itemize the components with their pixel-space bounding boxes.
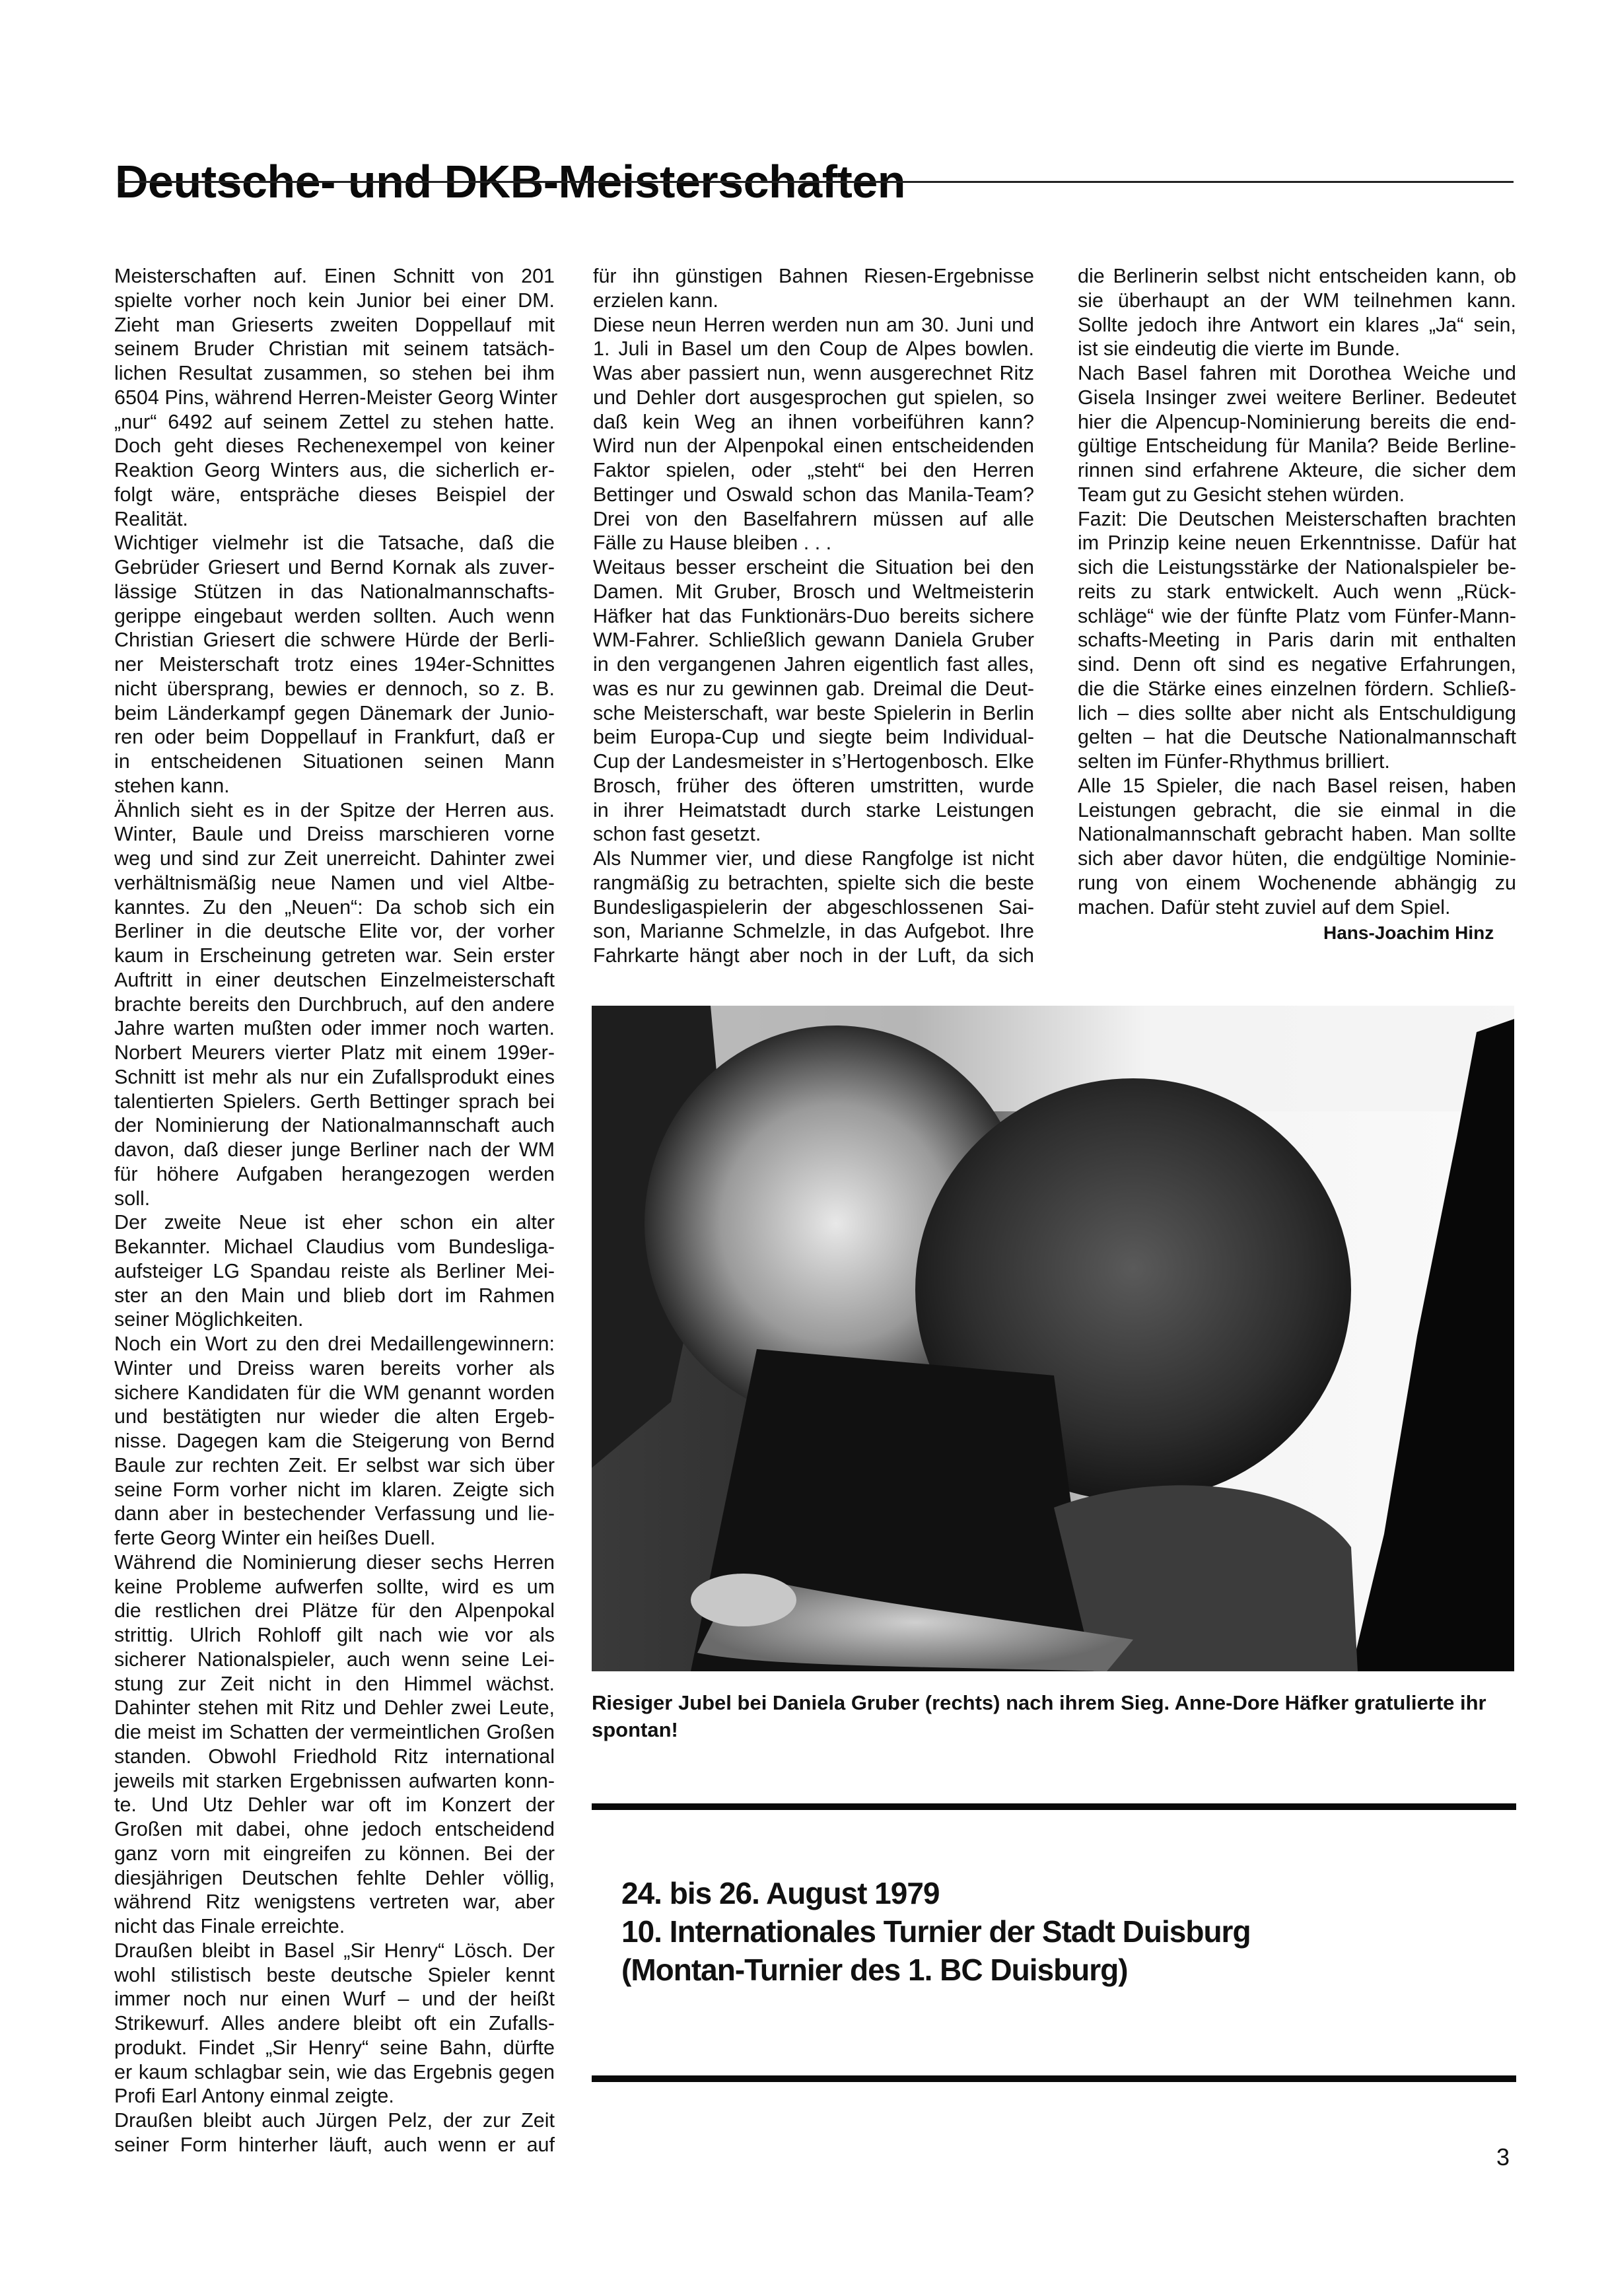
text-line: ster an den Main und blieb dort im Rahme… — [114, 1284, 555, 1308]
text-line: Damen. Mit Gruber, Brosch und Weltmeiste… — [593, 580, 1034, 604]
text-line: schon fast gesetzt. — [593, 822, 1034, 847]
text-line: die restlichen drei Plätze für den Alpen… — [114, 1599, 555, 1623]
text-line: daß kein Weg an ihnen vorbeiführen kann? — [593, 410, 1034, 435]
text-line: seinem Bruder Christian mit seinem tatsä… — [114, 337, 555, 361]
text-line: beim Länderkampf gegen Dänemark der Juni… — [114, 701, 555, 726]
text-line: Diese neun Herren werden nun am 30. Juni… — [593, 313, 1034, 337]
text-line: Während die Nominierung dieser sechs Her… — [114, 1550, 555, 1575]
text-line: schläge“ wie der fünfte Platz vom Fünfer… — [1078, 604, 1516, 629]
text-line: nicht das Finale erreichte. — [114, 1914, 555, 1939]
text-line: Norbert Meurers vierter Platz mit einem … — [114, 1041, 555, 1065]
text-line: er kaum schlagbar sein, wie das Ergebnis… — [114, 2060, 555, 2085]
text-line: keine Probleme aufwerfen sollte, wird es… — [114, 1575, 555, 1599]
photo-icon — [592, 1006, 1514, 1671]
text-line: Doch geht dieses Rechenexempel von keine… — [114, 434, 555, 458]
text-line: reits zu stark entwickelt. Auch wenn „Rü… — [1078, 580, 1516, 604]
text-line: Brosch, früher des öfteren umstritten, w… — [593, 774, 1034, 798]
text-line: Draußen bleibt auch Jürgen Pelz, der zur… — [114, 2108, 555, 2133]
text-line: ist sie eindeutig die vierte im Bunde. — [1078, 337, 1516, 361]
text-line: für ihn günstigen Bahnen Riesen-Ergebnis… — [593, 264, 1034, 289]
text-line: Gebrüder Griesert und Bernd Kornak als z… — [114, 555, 555, 580]
article-column-2: für ihn günstigen Bahnen Riesen-Ergebnis… — [593, 264, 1034, 968]
text-line: „nur“ 6492 auf seinem Zettel zu stehen h… — [114, 410, 555, 435]
text-line: verhältnismäßig neue Namen und viel Altb… — [114, 871, 555, 895]
text-line: weg und sind zur Zeit unerreicht. Dahint… — [114, 847, 555, 871]
text-line: son, Marianne Schmelzle, in das Aufgebot… — [593, 919, 1034, 944]
text-line: Winter, Baule und Dreiss marschieren vor… — [114, 822, 555, 847]
event-title: 10. Internationales Turnier der Stadt Du… — [621, 1912, 1251, 1951]
text-line: Baule zur rechten Zeit. Er selbst war si… — [114, 1453, 555, 1478]
text-line: Faktor spielen, oder „steht“ bei den Her… — [593, 458, 1034, 483]
text-line: Berliner in die deutsche Elite vor, der … — [114, 919, 555, 944]
article-column-3: die Berlinerin selbst nicht entscheiden … — [1078, 264, 1516, 919]
text-line: Der zweite Neue ist eher schon ein alter — [114, 1210, 555, 1235]
text-line: Nationalmannschaft gebracht haben. Man s… — [1078, 822, 1516, 847]
text-line: gerippe eingebaut werden sollten. Auch w… — [114, 604, 555, 629]
photo-caption: Riesiger Jubel bei Daniela Gruber (recht… — [592, 1689, 1516, 1743]
text-line: Winter und Dreiss waren bereits vorher a… — [114, 1356, 555, 1381]
text-line: sichere Kandidaten für die WM genannt wo… — [114, 1381, 555, 1405]
text-line: talentierten Spielers. Gerth Bettinger s… — [114, 1090, 555, 1114]
text-line: beim Europa-Cup und siegte beim Individu… — [593, 725, 1034, 749]
text-line: lich – dies sollte aber nicht als Entsch… — [1078, 701, 1516, 726]
text-line: aufsteiger LG Spandau reiste als Berline… — [114, 1259, 555, 1284]
text-line: rangmäßig zu betrachten, spielte sich di… — [593, 871, 1034, 895]
text-line: 1. Juli in Basel um den Coup de Alpes bo… — [593, 337, 1034, 361]
text-line: Nach Basel fahren mit Dorothea Weiche un… — [1078, 361, 1516, 386]
event-subtitle: (Montan-Turnier des 1. BC Duisburg) — [621, 1951, 1251, 1989]
text-line: für höhere Aufgaben herangezogen werden — [114, 1162, 555, 1187]
text-line: dann aber in bestechender Verfassung und… — [114, 1502, 555, 1526]
text-line: lässige Stützen in das Nationalmannschaf… — [114, 580, 555, 604]
text-line: strittig. Ulrich Rohloff gilt nach wie v… — [114, 1623, 555, 1648]
text-line: 6504 Pins, während Herren-Meister Georg … — [114, 386, 555, 410]
text-line: standen. Obwohl Friedhold Ritz internati… — [114, 1745, 555, 1769]
text-line: immer noch nur einen Wurf – und der heiß… — [114, 1987, 555, 2011]
text-line: Großen mit dabei, ohne jedoch entscheide… — [114, 1817, 555, 1842]
text-line: Wird nun der Alpenpokal einen entscheide… — [593, 434, 1034, 458]
text-line: Ähnlich sieht es in der Spitze der Herre… — [114, 798, 555, 823]
text-line: im Prinzip keine neuen Erkenntnisse. Daf… — [1078, 531, 1516, 555]
text-line: Drei von den Baselfahrern müssen auf all… — [593, 507, 1034, 532]
text-line: lichen Resultat zusammen, so stehen bei … — [114, 361, 555, 386]
text-line: Profi Earl Antony einmal zeigte. — [114, 2084, 555, 2108]
text-line: Draußen bleibt in Basel „Sir Henry“ Lösc… — [114, 1939, 555, 1963]
text-line: stung zur Zeit nicht in den Himmel wächs… — [114, 1672, 555, 1696]
text-line: Noch ein Wort zu den drei Medaillengewin… — [114, 1332, 555, 1356]
text-line: hier die Alpencup-Nominierung bereits di… — [1078, 410, 1516, 435]
text-line: Gisela Insinger zwei weitere Berliner. B… — [1078, 386, 1516, 410]
text-line: kaum in Erscheinung getreten war. Sein e… — [114, 944, 555, 968]
text-line: Strikewurf. Alles andere bleibt oft ein … — [114, 2011, 555, 2036]
article-column-1: Meisterschaften auf. Einen Schnitt von 2… — [114, 264, 555, 2157]
text-line: Schnitt ist mehr als nur ein Zufallsprod… — [114, 1065, 555, 1090]
text-line: ganz vorn mit eingreifen zu können. Bei … — [114, 1842, 555, 1866]
text-line: gültige Entscheidung für Manila? Beide B… — [1078, 434, 1516, 458]
text-line: Als Nummer vier, und diese Rangfolge ist… — [593, 847, 1034, 871]
text-line: Auftritt in einer deutschen Einzelmeiste… — [114, 968, 555, 992]
text-line: in ihrer Heimatstadt durch starke Leistu… — [593, 798, 1034, 823]
text-line: Häfker hat das Funktionärs-Duo bereits s… — [593, 604, 1034, 629]
text-line: Dahinter stehen mit Ritz und Dehler zwei… — [114, 1696, 555, 1720]
text-line: stehen kann. — [114, 774, 555, 798]
text-line: folgt wäre, entspräche dieses Beispiel d… — [114, 483, 555, 507]
text-line: während Ritz wenigstens vertreten war, a… — [114, 1890, 555, 1914]
text-line: seine Form vorher nicht im klaren. Zeigt… — [114, 1478, 555, 1502]
text-line: Jahre warten mußten oder immer noch wart… — [114, 1016, 555, 1041]
text-line: produkt. Findet „Sir Henry“ seine Bahn, … — [114, 2036, 555, 2060]
text-line: davon, daß dieser junge Berliner nach de… — [114, 1138, 555, 1162]
text-line: die meist im Schatten der vermeintlichen… — [114, 1720, 555, 1745]
text-line: selten im Fünfer-Rhythmus brilliert. — [1078, 749, 1516, 774]
text-line: spielte vorher noch kein Junior bei eine… — [114, 289, 555, 313]
page-number: 3 — [1496, 2143, 1510, 2171]
event-box-bottom-rule — [592, 2075, 1516, 2082]
text-line: Fahrkarte hängt aber noch in der Luft, d… — [593, 944, 1034, 968]
text-line: und Dehler dort ausgesprochen gut spiele… — [593, 386, 1034, 410]
event-date: 24. bis 26. August 1979 — [621, 1874, 1251, 1912]
text-line: ren oder beim Doppellauf in Frankfurt, d… — [114, 725, 555, 749]
text-line: Bekannter. Michael Claudius vom Bundesli… — [114, 1235, 555, 1259]
text-line: sich aber davor hüten, die endgültige No… — [1078, 847, 1516, 871]
text-line: Alle 15 Spieler, die nach Basel reisen, … — [1078, 774, 1516, 798]
text-line: Fazit: Die Deutschen Meisterschaften bra… — [1078, 507, 1516, 532]
text-line: Realität. — [114, 507, 555, 532]
text-line: sie überhaupt an der WM teilnehmen kann. — [1078, 289, 1516, 313]
text-line: was es nur zu gewinnen gab. Dreimal die … — [593, 677, 1034, 701]
text-line: nicht übersprang, bewies er dennoch, so … — [114, 677, 555, 701]
event-announcement: 24. bis 26. August 1979 10. Internationa… — [621, 1874, 1251, 1989]
text-line: sich die Leistungsstärke der Nationalspi… — [1078, 555, 1516, 580]
text-line: Bundesligaspielerin der abgeschlossenen … — [593, 895, 1034, 920]
text-line: die die Stärke eines einzelnen fördern. … — [1078, 677, 1516, 701]
text-line: jeweils mit starken Ergebnissen aufwarte… — [114, 1769, 555, 1793]
text-line: Reaktion Georg Winters aus, die sicherli… — [114, 458, 555, 483]
author-signature: Hans-Joachim Hinz — [1323, 922, 1494, 944]
text-line: ner Meisterschaft trotz eines 194er-Schn… — [114, 652, 555, 677]
text-line: sicherer Nationalspieler, auch wenn sein… — [114, 1648, 555, 1672]
text-line: Leistungen gebracht, die sie einmal in d… — [1078, 798, 1516, 823]
text-line: in den vergangenen Jahren eigentlich fas… — [593, 652, 1034, 677]
text-line: WM-Fahrer. Schließlich gewann Daniela Gr… — [593, 628, 1034, 652]
text-line: ferte Georg Winter ein heißes Duell. — [114, 1526, 555, 1550]
text-line: te. Und Utz Dehler war oft im Konzert de… — [114, 1793, 555, 1817]
text-line: Meisterschaften auf. Einen Schnitt von 2… — [114, 264, 555, 289]
text-line: Team gut zu Gesicht stehen würden. — [1078, 483, 1516, 507]
text-line: gelten – hat die Deutsche Nationalmannsc… — [1078, 725, 1516, 749]
text-line: Weitaus besser erscheint die Situation b… — [593, 555, 1034, 580]
text-line: in entscheidenen Situationen seinen Mann — [114, 749, 555, 774]
text-line: Cup der Landesmeister in s’Hertogenbosch… — [593, 749, 1034, 774]
text-line: sind. Denn oft sind es negative Erfahrun… — [1078, 652, 1516, 677]
text-line: und bestätigten nur wieder die alten Erg… — [114, 1405, 555, 1429]
text-line: Bettinger und Oswald schon das Manila-Te… — [593, 483, 1034, 507]
text-line: seiner Möglichkeiten. — [114, 1307, 555, 1332]
text-line: Sollte jedoch ihre Antwort ein klares „J… — [1078, 313, 1516, 337]
text-line: seiner Form hinterher läuft, auch wenn e… — [114, 2133, 555, 2157]
text-line: sche Meisterschaft, war beste Spielerin … — [593, 701, 1034, 726]
text-line: Christian Griesert die schwere Hürde der… — [114, 628, 555, 652]
text-line: brachte bereits den Durchbruch, auf den … — [114, 992, 555, 1017]
event-box-top-rule — [592, 1803, 1516, 1810]
text-line: Fälle zu Hause bleiben . . . — [593, 531, 1034, 555]
text-line: erzielen kann. — [593, 289, 1034, 313]
text-line: kanntes. Zu den „Neuen“: Da schob sich e… — [114, 895, 555, 920]
text-line: diesjährigen Deutschen fehlte Dehler völ… — [114, 1866, 555, 1891]
text-line: machen. Dafür steht zuviel auf dem Spiel… — [1078, 895, 1516, 920]
text-line: Was aber passiert nun, wenn ausgerechnet… — [593, 361, 1034, 386]
text-line: Zieht man Grieserts zweiten Doppellauf m… — [114, 313, 555, 337]
text-line: nisse. Dagegen kam die Steigerung von Be… — [114, 1429, 555, 1453]
text-line: schafts-Meeting in Paris darin mit entha… — [1078, 628, 1516, 652]
text-line: die Berlinerin selbst nicht entscheiden … — [1078, 264, 1516, 289]
text-line: der Nominierung der Nationalmannschaft a… — [114, 1113, 555, 1138]
text-line: soll. — [114, 1187, 555, 1211]
text-line: Wichtiger vielmehr ist die Tatsache, daß… — [114, 531, 555, 555]
text-line: rung von einem Wochenende abhängig zu — [1078, 871, 1516, 895]
text-line: rinnen sind erfahrene Akteure, die siche… — [1078, 458, 1516, 483]
text-line: wohl stilistisch beste deutsche Spieler … — [114, 1963, 555, 1988]
title-rule — [119, 181, 1514, 183]
